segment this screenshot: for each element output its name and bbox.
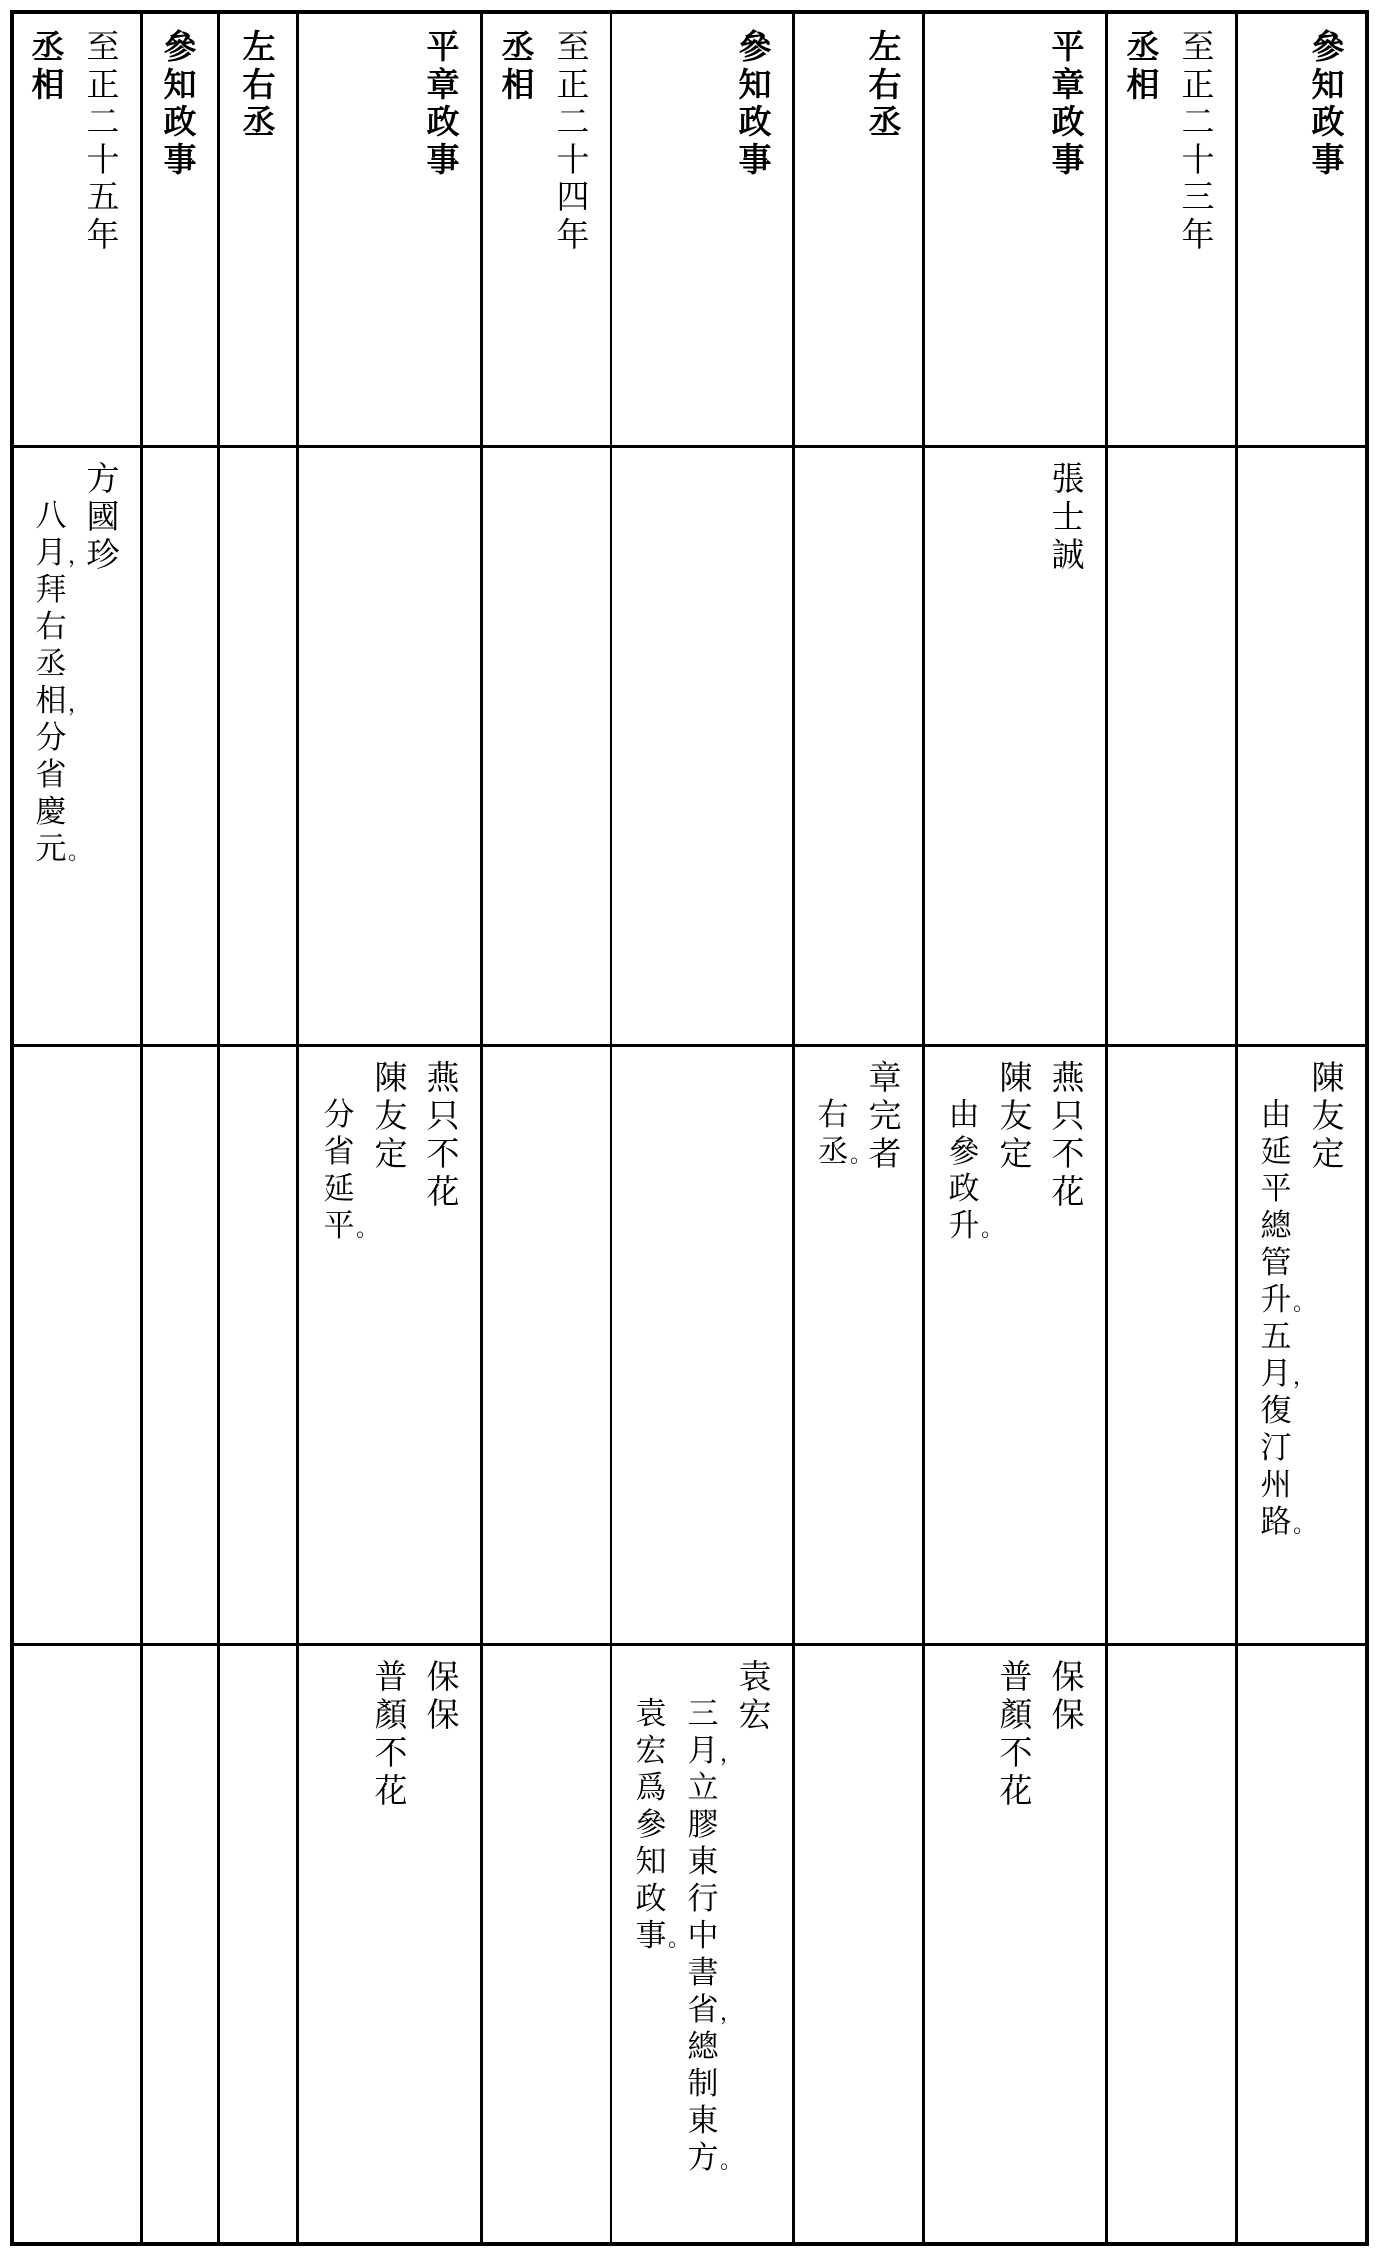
- official-note: 由延平總管升。五月，復汀州路。: [1259, 1097, 1293, 1541]
- header-cell-year-chengxiang: 至正二十五年 丞相: [14, 14, 143, 445]
- header-lines: 參知政事: [163, 14, 217, 178]
- cell-lines: 燕只不花 陳友定 由參政升。: [947, 1047, 1105, 1245]
- cell-lines: 袁宏 三月，立膠東行中書省，總制東方。 袁宏爲參知政事。: [634, 1646, 792, 2177]
- header-office-label: 平章政事: [426, 28, 460, 178]
- header-office-label: 左右丞: [242, 28, 276, 141]
- header-lines: 至正二十四年 丞相: [501, 14, 610, 253]
- cell-lines: 張士誠: [1051, 448, 1105, 574]
- cell-lines: 保保 普顏不花: [999, 1646, 1105, 1810]
- table-cell: [143, 1044, 220, 1643]
- table-cell: [143, 445, 220, 1044]
- table-cell: 燕只不花 陳友定 分省延平。: [299, 1044, 483, 1643]
- header-office-label: 丞相: [501, 28, 535, 103]
- table-cell: [220, 1044, 299, 1643]
- table-cell: 張士誠: [925, 445, 1108, 1044]
- official-name: 陳友定: [1311, 1059, 1345, 1173]
- official-note: 由參政升。: [947, 1097, 981, 1245]
- official-name: 章完者: [868, 1059, 902, 1173]
- year-label: 至正二十四年: [556, 28, 590, 253]
- official-name: 燕只不花: [426, 1059, 460, 1211]
- official-note: 右丞。: [816, 1097, 850, 1171]
- table-cell: [1108, 1044, 1238, 1643]
- header-cell-pingzhang-zhengshi: 平章政事: [299, 14, 483, 445]
- official-name: 陳友定: [999, 1059, 1033, 1173]
- official-note: 三月，立膠東行中書省，總制東方。: [686, 1696, 720, 2177]
- table-cell: 燕只不花 陳友定 由參政升。: [925, 1044, 1108, 1643]
- header-office-label: 丞相: [31, 28, 65, 103]
- year-label: 至正二十三年: [1181, 28, 1215, 253]
- header-cell-canzhi-zhengshi: 參知政事: [143, 14, 220, 445]
- table-cell: [143, 1643, 220, 2242]
- table-cell: [14, 1044, 143, 1643]
- officials-table: 參知政事 至正二十三年 丞相 平章政事 左右丞 參知政事 至正二: [10, 10, 1369, 2246]
- table-cell: [612, 445, 795, 1044]
- official-name: 陳友定: [374, 1059, 408, 1173]
- header-lines: 參知政事: [1311, 14, 1365, 178]
- header-cell-zuoyou-cheng: 左右丞: [220, 14, 299, 445]
- header-lines: 至正二十三年 丞相: [1126, 14, 1235, 253]
- official-note: 分省延平。: [322, 1097, 356, 1245]
- table-cell: 陳友定 由延平總管升。五月，復汀州路。: [1238, 1044, 1365, 1643]
- table-cell: [483, 445, 612, 1044]
- header-cell-year-chengxiang: 至正二十三年 丞相: [1108, 14, 1238, 445]
- cell-lines: 燕只不花 陳友定 分省延平。: [322, 1047, 480, 1245]
- header-cell-year-chengxiang: 至正二十四年 丞相: [483, 14, 612, 445]
- header-lines: 左右丞: [868, 14, 922, 141]
- table-cell: [220, 1643, 299, 2242]
- table-cell: 方國珍 八月，拜右丞相，分省慶元。: [14, 445, 143, 1044]
- official-name: 普顏不花: [999, 1658, 1033, 1810]
- official-name: 袁宏: [738, 1658, 772, 1734]
- header-lines: 至正二十五年 丞相: [31, 14, 140, 253]
- table-cell: [795, 445, 925, 1044]
- table-cell: [1108, 445, 1238, 1044]
- cell-lines: 章完者 右丞。: [816, 1047, 922, 1173]
- official-name: 保保: [1051, 1658, 1085, 1734]
- header-office-label: 參知政事: [1311, 28, 1345, 178]
- table-cell: [483, 1044, 612, 1643]
- table-cell: [14, 1643, 143, 2242]
- header-lines: 平章政事: [426, 14, 480, 178]
- table-cell: [1238, 1643, 1365, 2242]
- table-cell: [612, 1044, 795, 1643]
- table-cell: 袁宏 三月，立膠東行中書省，總制東方。 袁宏爲參知政事。: [612, 1643, 795, 2242]
- official-note: 八月，拜右丞相，分省慶元。: [34, 498, 68, 868]
- table-cell: [299, 445, 483, 1044]
- cell-lines: 方國珍 八月，拜右丞相，分省慶元。: [34, 448, 140, 868]
- header-office-label: 參知政事: [738, 28, 772, 178]
- table-cell: 保保 普顏不花: [925, 1643, 1108, 2242]
- official-name: 方國珍: [86, 460, 120, 574]
- header-lines: 平章政事: [1051, 14, 1105, 178]
- official-name: 張士誠: [1051, 460, 1085, 574]
- table-cell: [1238, 445, 1365, 1044]
- header-office-label: 參知政事: [163, 28, 197, 178]
- table-cell: [220, 445, 299, 1044]
- header-office-label: 丞相: [1126, 28, 1160, 103]
- table-cell: [795, 1643, 925, 2242]
- table-cell: [1108, 1643, 1238, 2242]
- cell-lines: 陳友定 由延平總管升。五月，復汀州路。: [1259, 1047, 1365, 1541]
- table-cell: [483, 1643, 612, 2242]
- header-lines: 左右丞: [242, 14, 296, 141]
- table-cell: 章完者 右丞。: [795, 1044, 925, 1643]
- header-cell-zuoyou-cheng: 左右丞: [795, 14, 925, 445]
- header-lines: 參知政事: [738, 14, 792, 178]
- cell-lines: 保保 普顏不花: [374, 1646, 480, 1810]
- official-name: 燕只不花: [1051, 1059, 1085, 1211]
- header-office-label: 平章政事: [1051, 28, 1085, 178]
- official-note: 袁宏爲參知政事。: [634, 1696, 668, 1955]
- header-office-label: 左右丞: [868, 28, 902, 141]
- table-cell: 保保 普顏不花: [299, 1643, 483, 2242]
- official-name: 保保: [426, 1658, 460, 1734]
- header-cell-canzhi-zhengshi: 參知政事: [612, 14, 795, 445]
- header-cell-canzhi-zhengshi: 參知政事: [1238, 14, 1365, 445]
- header-cell-pingzhang-zhengshi: 平章政事: [925, 14, 1108, 445]
- official-name: 普顏不花: [374, 1658, 408, 1810]
- year-label: 至正二十五年: [86, 28, 120, 253]
